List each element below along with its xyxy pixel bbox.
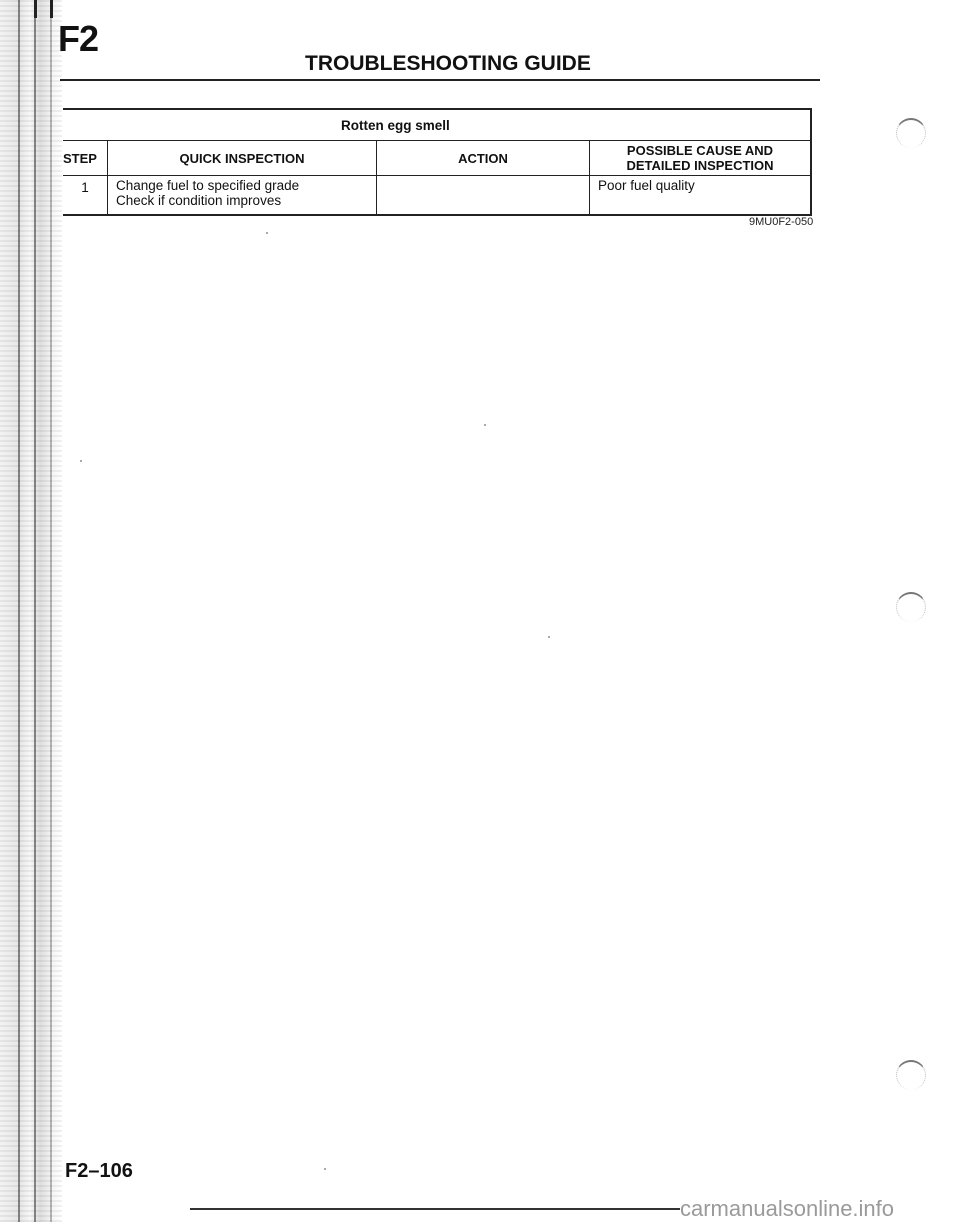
punch-hole-mark: [896, 118, 926, 148]
punch-hole-mark: [896, 592, 926, 622]
binding-strip: [34, 0, 36, 1222]
scan-binding-edge: [0, 0, 62, 1222]
page-title: TROUBLESHOOTING GUIDE: [305, 52, 591, 76]
section-code: F2: [58, 18, 98, 60]
quick-inspection-cell: Change fuel to specified grade Check if …: [108, 176, 377, 216]
scan-speck: [484, 424, 486, 426]
table-header-row: STEP QUICK INSPECTION ACTION POSSIBLE CA…: [63, 141, 811, 176]
footer-rule: [190, 1208, 680, 1210]
troubleshooting-table: Rotten egg smell STEP QUICK INSPECTION A…: [63, 108, 812, 216]
column-header-possible-cause-line1: POSSIBLE CAUSE AND: [590, 143, 810, 158]
symptom-title: Rotten egg smell: [63, 109, 811, 141]
column-header-quick-inspection: QUICK INSPECTION: [108, 141, 377, 176]
scan-speck: [324, 1168, 326, 1170]
punch-hole-mark: [896, 1060, 926, 1090]
quick-inspection-line2: Check if condition improves: [116, 193, 368, 208]
table-row: 1 Change fuel to specified grade Check i…: [63, 176, 811, 216]
scan-mark: [50, 0, 53, 18]
possible-cause-cell: Poor fuel quality: [590, 176, 812, 216]
scan-mark: [34, 0, 37, 18]
scan-speck: [266, 232, 268, 234]
table-title-row: Rotten egg smell: [63, 109, 811, 141]
scan-speck: [548, 636, 550, 638]
column-header-possible-cause-line2: DETAILED INSPECTION: [590, 158, 810, 173]
column-header-step: STEP: [63, 141, 108, 176]
page-number: F2–106: [65, 1160, 133, 1183]
quick-inspection-line1: Change fuel to specified grade: [116, 178, 368, 193]
binding-strip: [50, 0, 52, 1222]
action-cell: [377, 176, 590, 216]
column-header-possible-cause: POSSIBLE CAUSE AND DETAILED INSPECTION: [590, 141, 812, 176]
step-number: 1: [63, 176, 108, 216]
figure-code: 9MU0F2-050: [749, 216, 813, 228]
column-header-action: ACTION: [377, 141, 590, 176]
scan-speck: [80, 460, 82, 462]
watermark: carmanualsonline.info: [680, 1196, 894, 1222]
header-rule: [60, 79, 820, 81]
binding-strip: [18, 0, 20, 1222]
